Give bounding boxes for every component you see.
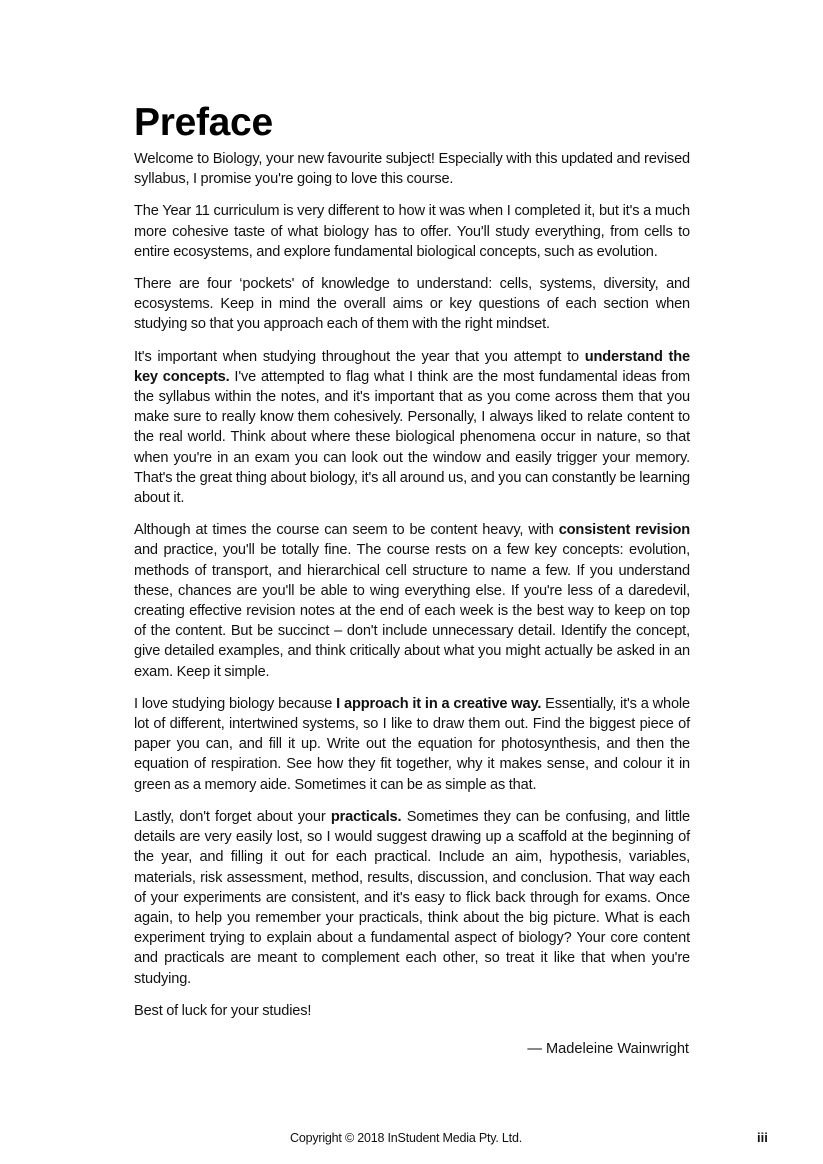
- paragraph-text: It's important when studying throughout …: [134, 349, 585, 365]
- emphasis-text: practicals.: [331, 809, 402, 825]
- paragraph-text: Although at times the course can seem to…: [134, 522, 559, 538]
- emphasis-text: consistent revision: [559, 522, 690, 538]
- page-title: Preface: [134, 100, 690, 146]
- page-number: iii: [757, 1130, 768, 1146]
- paragraph-text: There are four ‘pockets' of knowledge to…: [134, 276, 690, 332]
- paragraph-practicals: Lastly, don't forget about your practica…: [134, 807, 690, 989]
- paragraph-curriculum: The Year 11 curriculum is very different…: [134, 201, 690, 262]
- paragraph-revision: Although at times the course can seem to…: [134, 520, 690, 682]
- author-signature: — Madeleine Wainwright: [134, 1039, 690, 1059]
- paragraph-text: I've attempted to flag what I think are …: [134, 369, 690, 506]
- paragraph-text: I love studying biology because: [134, 696, 336, 712]
- paragraph-text: The Year 11 curriculum is very different…: [134, 203, 690, 259]
- paragraph-key-concepts: It's important when studying throughout …: [134, 347, 690, 509]
- paragraph-text: and practice, you'll be totally fine. Th…: [134, 542, 690, 679]
- document-page: Preface Welcome to Biology, your new fav…: [134, 100, 690, 1059]
- paragraph-text: Best of luck for your studies!: [134, 1003, 311, 1019]
- paragraph-welcome: Welcome to Biology, your new favourite s…: [134, 149, 690, 189]
- paragraph-text: Lastly, don't forget about your: [134, 809, 331, 825]
- paragraph-creative: I love studying biology because I approa…: [134, 694, 690, 795]
- emphasis-text: I approach it in a creative way.: [336, 696, 541, 712]
- paragraph-text: Sometimes they can be confusing, and lit…: [134, 809, 690, 987]
- paragraph-pockets: There are four ‘pockets' of knowledge to…: [134, 274, 690, 335]
- copyright-notice: Copyright © 2018 InStudent Media Pty. Lt…: [290, 1130, 522, 1146]
- paragraph-text: Welcome to Biology, your new favourite s…: [134, 151, 690, 187]
- paragraph-closing: Best of luck for your studies!: [134, 1001, 690, 1021]
